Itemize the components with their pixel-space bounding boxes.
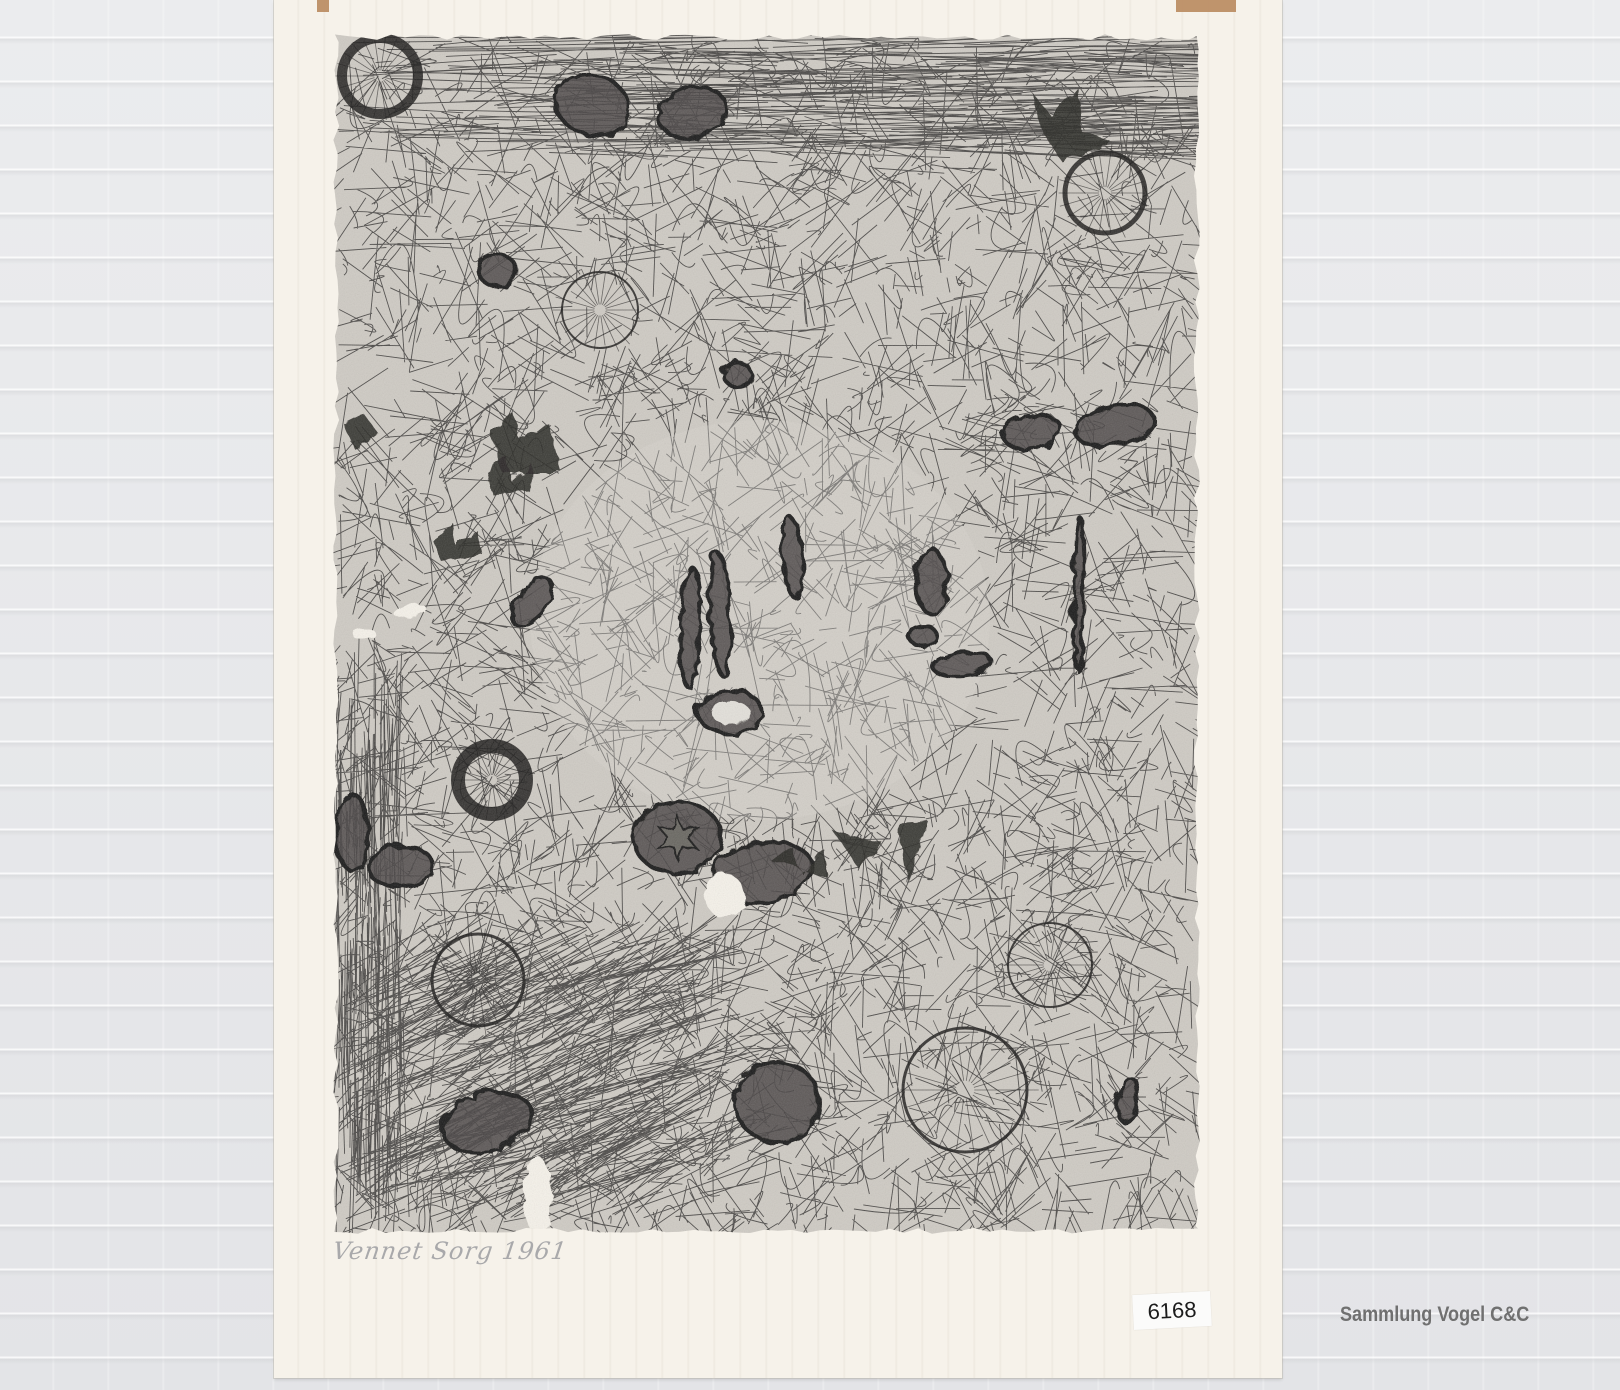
paper-grain — [325, 26, 1208, 1242]
artist-signature: Vennet Sorg 1961 — [331, 1237, 569, 1265]
etching-artwork — [0, 0, 1620, 1390]
scan-canvas: Vennet Sorg 1961 6168 Sammlung Vogel C&C — [0, 0, 1620, 1390]
collection-watermark: Sammlung Vogel C&C — [1340, 1303, 1529, 1327]
etching-plate — [263, 16, 1508, 1289]
inventory-number: 6168 — [1147, 1296, 1197, 1325]
inventory-number-label: 6168 — [1132, 1291, 1212, 1330]
